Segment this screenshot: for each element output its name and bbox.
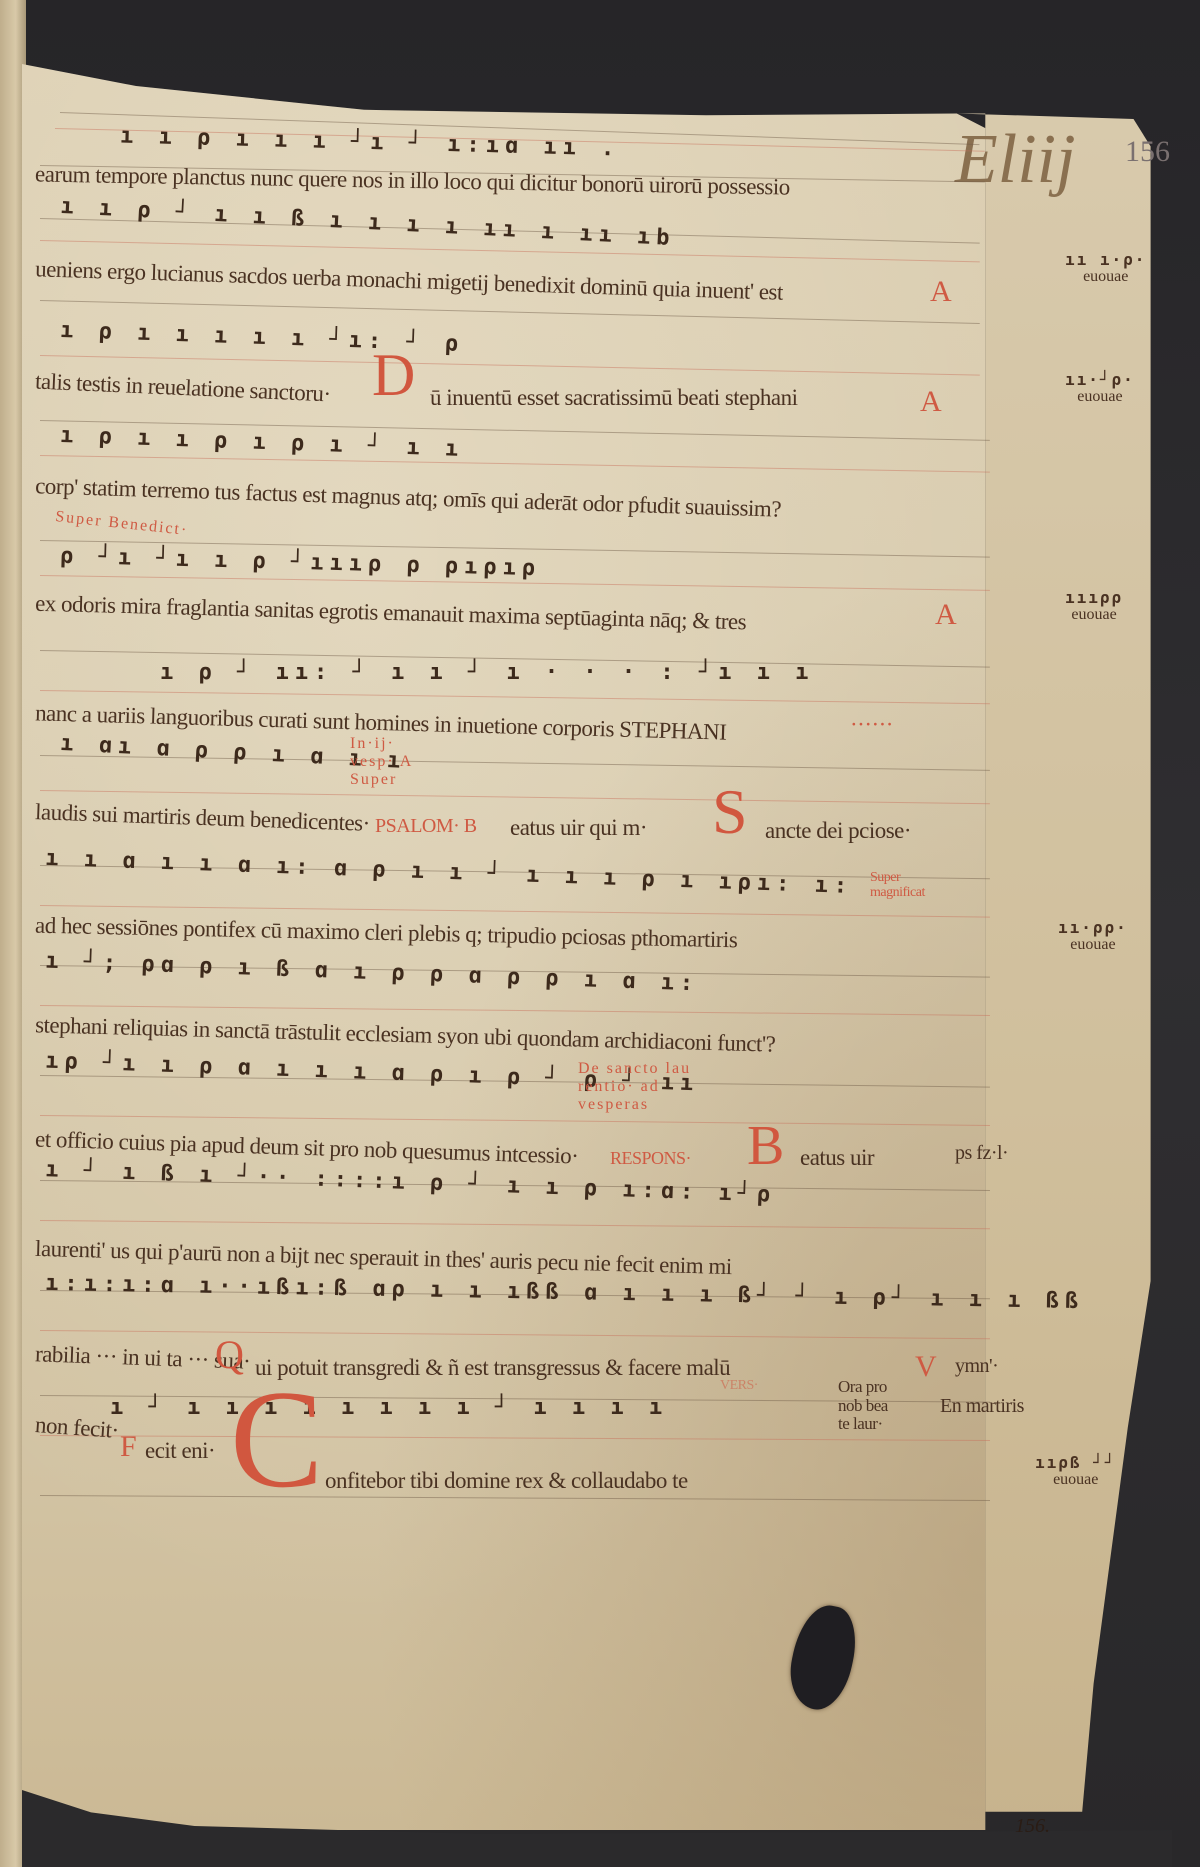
rubric-verse-marker: V bbox=[915, 1350, 936, 1384]
rubric-initial: F bbox=[120, 1430, 136, 1464]
rubric-block: In·ij· vesp· A Super bbox=[350, 735, 413, 789]
margin-hymn-note: ymn'· bbox=[955, 1355, 998, 1378]
neume-row: ı ρ ┘ ıı: ┘ ı ı ┘ ı · · · : ┘ı ı ı bbox=[160, 660, 814, 685]
rubric-antiphon-marker: A bbox=[930, 275, 951, 309]
margin-differentia: ıı·ρρ· euouae bbox=[1058, 920, 1128, 954]
chant-text-line: ancte dei pciose· bbox=[765, 818, 911, 844]
rubric-psalm: PSALOM· B bbox=[375, 815, 477, 838]
margin-differentia: ıı·┘ρ· euouae bbox=[1065, 372, 1135, 406]
verse-note: Ora pro nob bea te laur· bbox=[838, 1378, 888, 1434]
margin-psalm-note: ps fz·l· bbox=[955, 1142, 1008, 1165]
chant-text-line: ecit eni· bbox=[145, 1438, 215, 1464]
decorated-initial: C bbox=[230, 1370, 323, 1510]
margin-differentia: ıı ı·ρ· euouae bbox=[1065, 252, 1146, 286]
rubric-block: De sancto lau rentio· ad vesperas bbox=[578, 1060, 691, 1114]
rubric-responsory: RESPONS· bbox=[610, 1148, 691, 1169]
folio-number-bottom: 156. bbox=[1015, 1815, 1050, 1838]
chant-text-line: eatus uir bbox=[800, 1145, 874, 1171]
folio-number-top: 156 bbox=[1125, 135, 1170, 169]
shelfmark: Eliij bbox=[955, 120, 1076, 200]
rubric-dots: ······ bbox=[850, 712, 893, 738]
chant-text-line: ū inuentū esset sacratissimū beati steph… bbox=[430, 385, 798, 411]
rubric-verse-label: VERS· bbox=[720, 1378, 758, 1394]
margin-differentia: ıııρρ euouae bbox=[1065, 590, 1123, 624]
neume-row: ı ┘ ı ı ı ı ı ı ı ı ┘ ı ı ı ı bbox=[110, 1395, 668, 1420]
rubric-magnificat: Super magnificat bbox=[870, 870, 950, 901]
decorated-initial: D bbox=[372, 345, 415, 405]
margin-differentia: ııρß ┘┘ euouae bbox=[1035, 1455, 1116, 1489]
rubric-antiphon-marker: A bbox=[935, 598, 956, 632]
decorated-initial: B bbox=[747, 1118, 784, 1174]
decorated-initial: S bbox=[712, 780, 748, 844]
rubric-antiphon-marker: A bbox=[920, 385, 941, 419]
chant-text-line: eatus uir qui m· bbox=[510, 815, 647, 841]
chant-text-line: onfitebor tibi domine rex & collaudabo t… bbox=[325, 1468, 688, 1494]
chant-text-line: ui potuit transgredi & ñ est transgressu… bbox=[255, 1355, 730, 1381]
margin-hymn-incipit: En martiris bbox=[940, 1395, 1024, 1418]
